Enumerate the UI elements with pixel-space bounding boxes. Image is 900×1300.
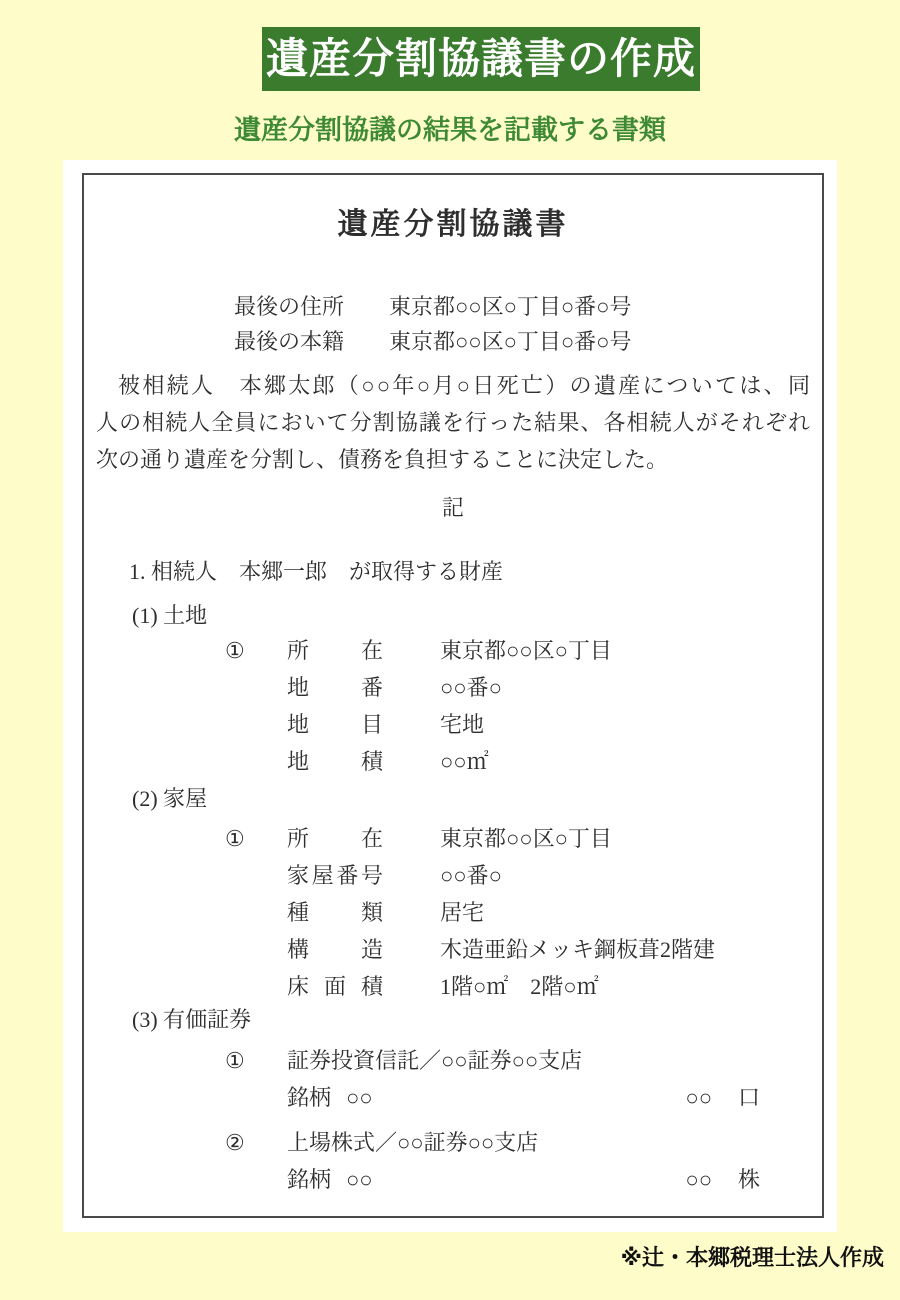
heir-item-heading: 1. 相続人 本郷一郎 が取得する財産 [129, 557, 810, 587]
house-floor-area-label: 床面積 [287, 968, 383, 1005]
section-securities-heading: (3) 有価証券 [132, 1005, 810, 1035]
circled-number-1: ① [225, 632, 287, 780]
preamble-line-3: 次の通り遺産を分割し、債務を負担することに決定した。 [96, 441, 810, 478]
securities-1-unit: 口 [738, 1079, 760, 1116]
document-scan: 遺産分割協議書 最後の住所 東京都○○区○丁目○番○号 最後の本籍 東京都○○区… [63, 160, 837, 1232]
house-rows: 所在 東京都○○区○丁目 家屋番号 ○○番○ 種類 居宅 構造 木造亜鉛メッキ鋼… [287, 820, 810, 1005]
section-house-heading: (2) 家屋 [132, 784, 810, 814]
house-structure-label: 構造 [287, 931, 383, 968]
land-area-label: 地積 [287, 743, 383, 780]
securities-1-quantity-group: ○○ 口 [685, 1079, 760, 1116]
page-title: 遺産分割協議書の作成 [266, 35, 696, 82]
securities-1-brand-label: 銘柄 [287, 1079, 331, 1116]
house-location-value: 東京都○○区○丁目 [440, 820, 612, 857]
document-title: 遺産分割協議書 [96, 207, 810, 243]
securities-2-description: 上場株式／○○証券○○支店 [287, 1124, 538, 1161]
preamble-line-2: 人の相続人全員において分割協議を行った結果、各相続人がそれぞれ [96, 404, 810, 441]
house-location-label: 所在 [287, 820, 383, 857]
land-category-value: 宅地 [440, 706, 484, 743]
house-row-location: 所在 東京都○○区○丁目 [287, 820, 810, 857]
house-number-label: 家屋番号 [287, 857, 383, 894]
securities-1-brand-row: 銘柄 ○○ ○○ 口 [287, 1079, 810, 1116]
land-lot-number-value: ○○番○ [440, 669, 502, 706]
house-number-value: ○○番○ [440, 857, 502, 894]
page-subtitle: 遺産分割協議の結果を記載する書類 [0, 113, 900, 147]
land-row-category: 地目 宅地 [287, 706, 810, 743]
securities-1-quantity: ○○ [685, 1079, 712, 1116]
securities-2-brand-row: 銘柄 ○○ ○○ 株 [287, 1161, 810, 1198]
last-domicile-label: 最後の本籍 [234, 324, 389, 359]
securities-2-brand-label: 銘柄 [287, 1161, 331, 1198]
circled-number-2: ② [225, 1124, 287, 1198]
preamble-paragraph: 被相続人 本郷太郎（○○年○月○日死亡）の遺産については、同 人の相続人全員にお… [96, 367, 810, 478]
land-location-value: 東京都○○区○丁目 [440, 632, 612, 669]
securities-1-description: 証券投資信託／○○証券○○支店 [287, 1042, 582, 1079]
house-floor-area-value: 1階○㎡ 2階○㎡ [440, 968, 599, 1005]
land-row-location: 所在 東京都○○区○丁目 [287, 632, 810, 669]
house-row-floor-area: 床面積 1階○㎡ 2階○㎡ [287, 968, 810, 1005]
land-area-value: ○○㎡ [440, 743, 489, 780]
document-border: 遺産分割協議書 最後の住所 東京都○○区○丁目○番○号 最後の本籍 東京都○○区… [82, 173, 824, 1218]
house-row-type: 種類 居宅 [287, 894, 810, 931]
section-house-group: ① 所在 東京都○○区○丁目 家屋番号 ○○番○ 種類 居宅 [225, 820, 810, 1005]
circled-number-1: ① [225, 1042, 287, 1116]
last-address-value: 東京都○○区○丁目○番○号 [389, 289, 631, 324]
land-category-label: 地目 [287, 706, 383, 743]
last-domicile-row: 最後の本籍 東京都○○区○丁目○番○号 [234, 324, 810, 359]
house-type-label: 種類 [287, 894, 383, 931]
land-row-lot-number: 地番 ○○番○ [287, 669, 810, 706]
securities-group-1-rows: 証券投資信託／○○証券○○支店 銘柄 ○○ ○○ 口 [287, 1042, 810, 1116]
securities-1-brand-value: ○○ [346, 1079, 373, 1116]
house-row-number: 家屋番号 ○○番○ [287, 857, 810, 894]
last-address-row: 最後の住所 東京都○○区○丁目○番○号 [234, 289, 810, 324]
circled-number-1: ① [225, 820, 287, 1005]
preamble-line-1: 被相続人 本郷太郎（○○年○月○日死亡）の遺産については、同 [96, 367, 810, 404]
last-address-label: 最後の住所 [234, 289, 389, 324]
land-lot-number-label: 地番 [287, 669, 383, 706]
credit-note: ※辻・本郷税理士法人作成 [621, 1244, 884, 1272]
securities-group-1: ① 証券投資信託／○○証券○○支店 銘柄 ○○ ○○ 口 [225, 1042, 810, 1116]
house-row-structure: 構造 木造亜鉛メッキ鋼板葺2階建 [287, 931, 810, 968]
securities-2-unit: 株 [738, 1161, 760, 1198]
securities-2-quantity-group: ○○ 株 [685, 1161, 760, 1198]
page-title-banner: 遺産分割協議書の作成 [262, 27, 700, 91]
securities-group-2: ② 上場株式／○○証券○○支店 銘柄 ○○ ○○ 株 [225, 1124, 810, 1198]
land-row-area: 地積 ○○㎡ [287, 743, 810, 780]
securities-2-quantity: ○○ [685, 1161, 712, 1198]
page: 遺産分割協議書の作成 遺産分割協議の結果を記載する書類 遺産分割協議書 最後の住… [0, 0, 900, 1300]
securities-2-description-row: 上場株式／○○証券○○支店 [287, 1124, 810, 1161]
address-block: 最後の住所 東京都○○区○丁目○番○号 最後の本籍 東京都○○区○丁目○番○号 [234, 289, 810, 359]
section-land-heading: (1) 土地 [132, 601, 810, 631]
section-land-group: ① 所在 東京都○○区○丁目 地番 ○○番○ 地目 宅地 地 [225, 632, 810, 780]
land-location-label: 所在 [287, 632, 383, 669]
ki-marker: 記 [96, 493, 810, 523]
last-domicile-value: 東京都○○区○丁目○番○号 [389, 324, 631, 359]
land-rows: 所在 東京都○○区○丁目 地番 ○○番○ 地目 宅地 地積 ○○㎡ [287, 632, 810, 780]
securities-1-description-row: 証券投資信託／○○証券○○支店 [287, 1042, 810, 1079]
securities-1-brand: 銘柄 ○○ [287, 1079, 373, 1116]
securities-2-brand: 銘柄 ○○ [287, 1161, 373, 1198]
house-structure-value: 木造亜鉛メッキ鋼板葺2階建 [440, 931, 715, 968]
securities-2-brand-value: ○○ [346, 1161, 373, 1198]
securities-group-2-rows: 上場株式／○○証券○○支店 銘柄 ○○ ○○ 株 [287, 1124, 810, 1198]
house-type-value: 居宅 [440, 894, 484, 931]
